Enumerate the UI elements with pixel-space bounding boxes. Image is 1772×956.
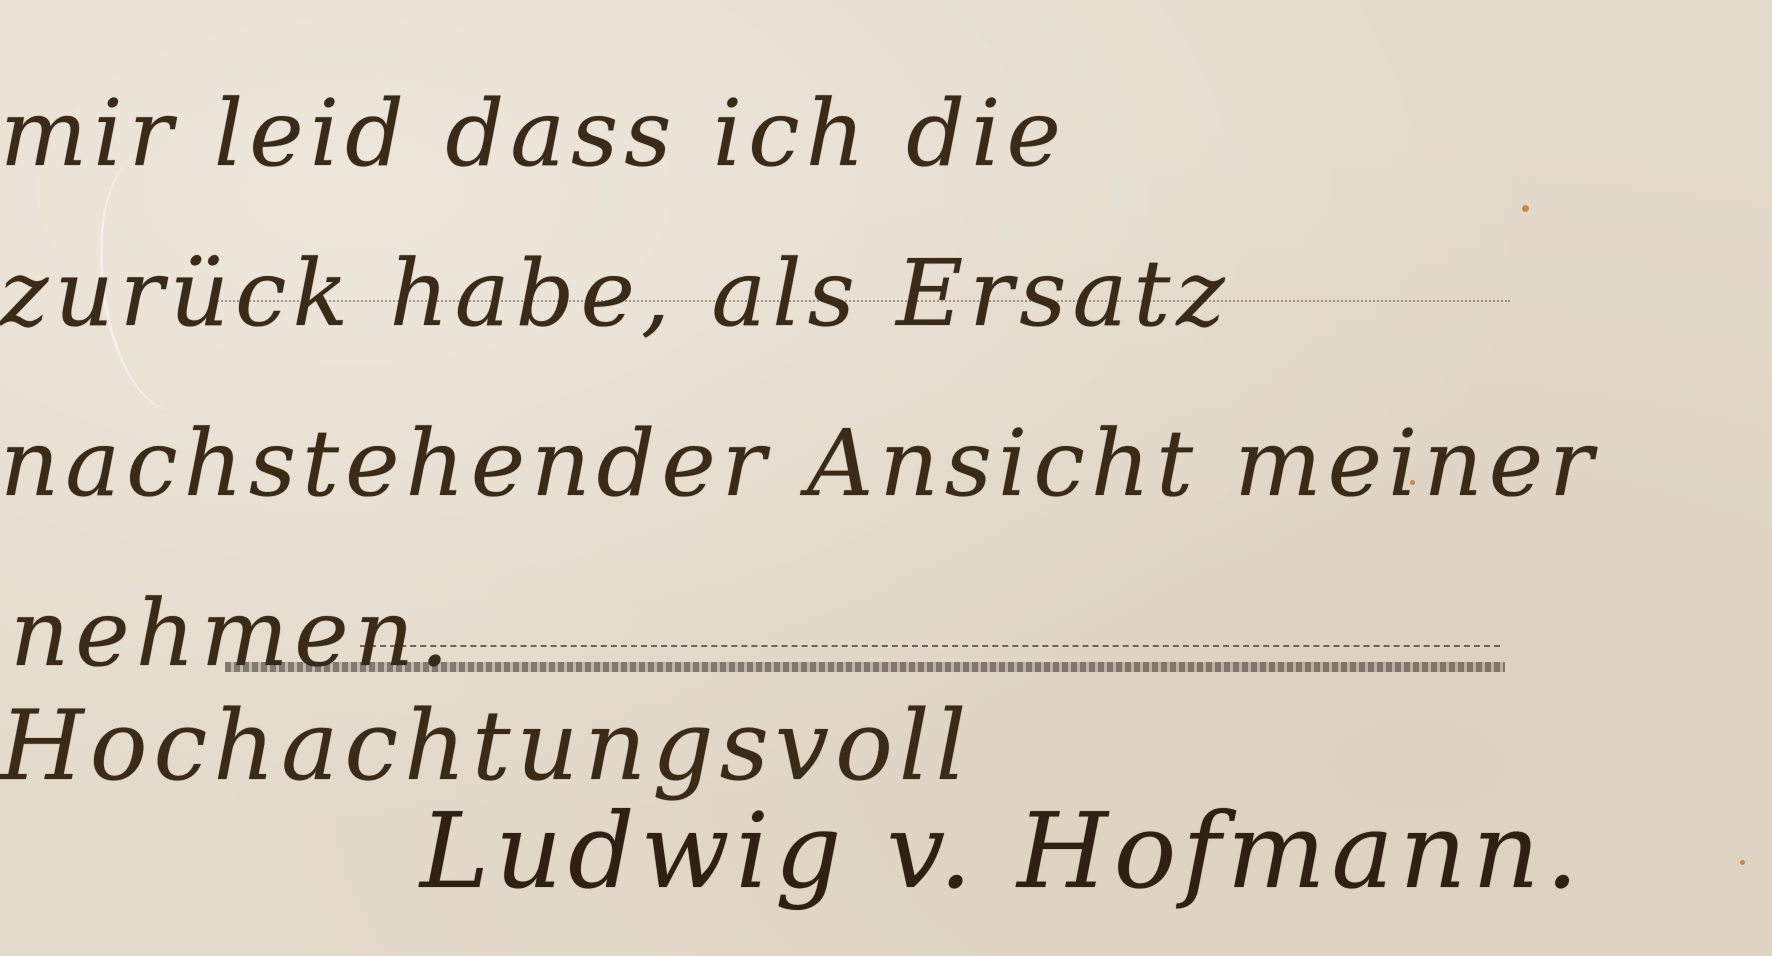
printed-rule-lower xyxy=(225,662,1505,672)
letter-line-2: zurück habe, als Ersatz xyxy=(0,240,1231,347)
signature: Ludwig v. Hofmann. xyxy=(420,790,1585,912)
closing-salutation: Hochachtungsvoll xyxy=(0,690,972,802)
foxing-spot xyxy=(1522,205,1529,212)
foxing-spot xyxy=(1410,480,1415,485)
letter-line-3: nachstehender Ansicht meiner xyxy=(0,410,1599,517)
foxing-spot xyxy=(1740,860,1745,865)
letter-line-1: mir leid dass ich die xyxy=(0,80,1067,187)
letter-page: mir leid dass ich die zurück habe, als E… xyxy=(0,0,1772,956)
printed-rule-upper xyxy=(360,645,1500,647)
